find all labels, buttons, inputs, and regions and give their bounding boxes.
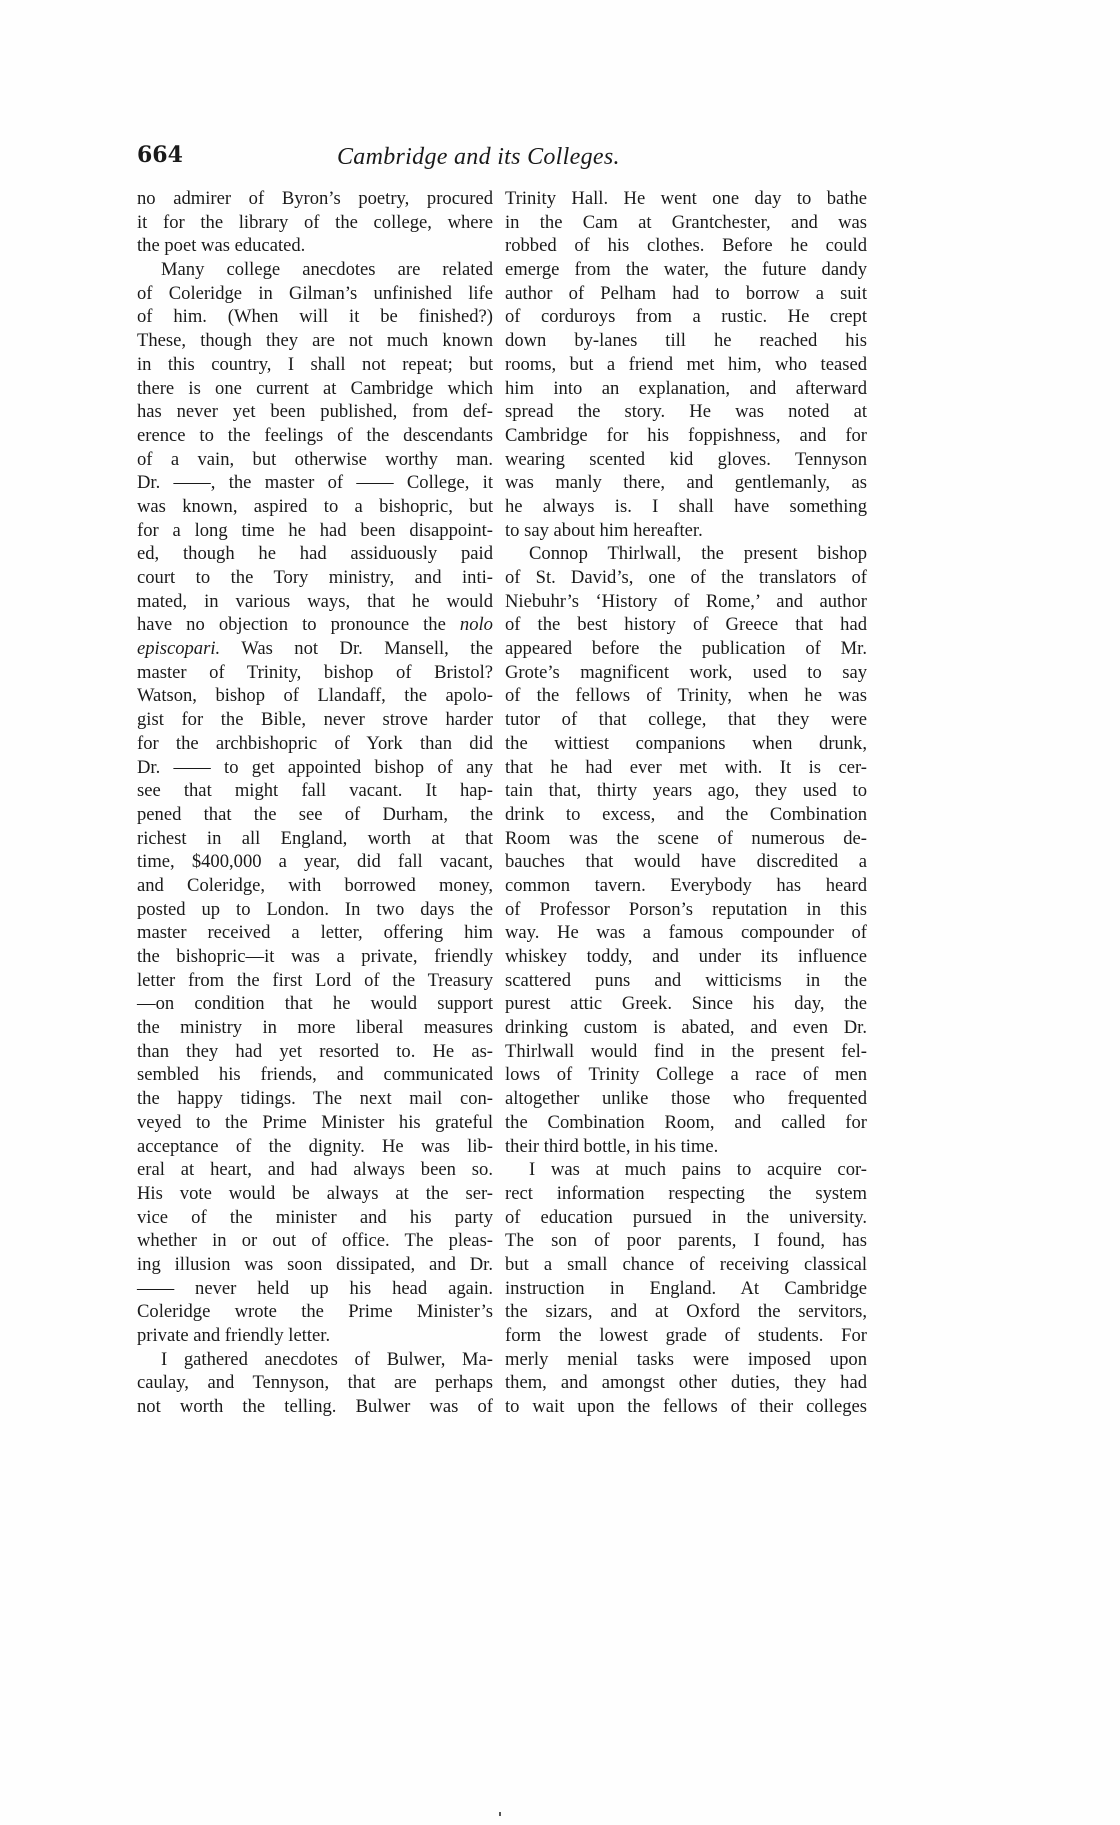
text-line: of education pursued in the university.	[505, 1206, 867, 1230]
text-line: ing illusion was soon dissipated, and Dr…	[137, 1253, 493, 1277]
line-text: than they had yet resorted to. He as-	[137, 1041, 493, 1062]
text-line: rooms, but a friend met him, who teased	[505, 353, 867, 377]
line-text: no admirer of Byron’s poetry, procured	[137, 188, 493, 209]
line-text: was known, aspired to a bishopric, but	[137, 496, 493, 517]
text-line: the Combination Room, and called for	[505, 1111, 867, 1135]
text-line: of him. (When will it be finished?)	[137, 305, 493, 329]
text-line: episcopari. Was not Dr. Mansell, the	[137, 637, 493, 661]
line-text: for the archbishopric of York than did	[137, 733, 493, 754]
line-text: the sizars, and at Oxford the servitors,	[505, 1301, 867, 1322]
text-line: him into an explanation, and afterward	[505, 377, 867, 401]
text-line: master received a letter, offering him	[137, 921, 493, 945]
italic-text: episcopari.	[137, 638, 220, 659]
line-text: the bishopric—it was a private, friendly	[137, 946, 493, 967]
line-text: private and friendly letter.	[137, 1325, 330, 1346]
scan-speck	[499, 1812, 501, 1816]
line-text: lows of Trinity College a race of men	[505, 1064, 867, 1085]
line-text: altogether unlike those who frequented	[505, 1088, 867, 1109]
text-line: was manly there, and gentlemanly, as	[505, 471, 867, 495]
text-line: purest attic Greek. Since his day, the	[505, 992, 867, 1016]
line-text: richest in all England, worth at that	[137, 828, 493, 849]
left-column: no admirer of Byron’s poetry, procuredit…	[137, 187, 493, 1419]
line-text: Niebuhr’s ‘History of Rome,’ and author	[505, 591, 867, 612]
line-text: way. He was a famous compounder of	[505, 922, 867, 943]
text-line: of Coleridge in Gilman’s unfinished life	[137, 282, 493, 306]
running-title: Cambridge and its Colleges.	[337, 144, 620, 171]
line-text: of a vain, but otherwise worthy man.	[137, 449, 493, 470]
text-line: to wait upon the fellows of their colleg…	[505, 1395, 867, 1419]
line-text: His vote would be always at the ser-	[137, 1183, 493, 1204]
text-line: master of Trinity, bishop of Bristol?	[137, 661, 493, 685]
line-text: master received a letter, offering him	[137, 922, 493, 943]
text-line: I gathered anecdotes of Bulwer, Ma-	[137, 1348, 493, 1372]
text-line: Dr. ——, the master of —— College, it	[137, 471, 493, 495]
text-line: lows of Trinity College a race of men	[505, 1063, 867, 1087]
line-text: purest attic Greek. Since his day, the	[505, 993, 867, 1014]
text-line: for the archbishopric of York than did	[137, 732, 493, 756]
text-line: the ministry in more liberal measures	[137, 1016, 493, 1040]
text-line: instruction in England. At Cambridge	[505, 1277, 867, 1301]
text-line: has never yet been published, from def-	[137, 400, 493, 424]
line-text: pened that the see of Durham, the	[137, 804, 493, 825]
line-text: These, though they are not much known	[137, 330, 493, 351]
text-line: time, $400,000 a year, did fall vacant,	[137, 850, 493, 874]
line-text: Grote’s magnificent work, used to say	[505, 662, 867, 683]
text-line: robbed of his clothes. Before he could	[505, 234, 867, 258]
line-text: him into an explanation, and afterward	[505, 378, 867, 399]
line-text: Was not Dr. Mansell, the	[220, 638, 493, 659]
line-text: of the best history of Greece that had	[505, 614, 867, 635]
line-text: wearing scented kid gloves. Tennyson	[505, 449, 867, 470]
text-line: caulay, and Tennyson, that are perhaps	[137, 1371, 493, 1395]
line-text: whiskey toddy, and under its influence	[505, 946, 867, 967]
line-text: rect information respecting the system	[505, 1183, 867, 1204]
text-line: —on condition that he would support	[137, 992, 493, 1016]
text-line: the poet was educated.	[137, 234, 493, 258]
text-line: gist for the Bible, never strove harder	[137, 708, 493, 732]
line-text: I gathered anecdotes of Bulwer, Ma-	[161, 1349, 493, 1370]
text-line: richest in all England, worth at that	[137, 827, 493, 851]
line-text: I was at much pains to acquire cor-	[529, 1159, 867, 1180]
text-line: His vote would be always at the ser-	[137, 1182, 493, 1206]
text-line: was known, aspired to a bishopric, but	[137, 495, 493, 519]
text-line: Thirlwall would find in the present fel-	[505, 1040, 867, 1064]
text-line: the happy tidings. The next mail con-	[137, 1087, 493, 1111]
text-line: I was at much pains to acquire cor-	[505, 1158, 867, 1182]
text-line: have no objection to pronounce the nolo	[137, 613, 493, 637]
text-line: posted up to London. In two days the	[137, 898, 493, 922]
line-text: ed, though he had assiduously paid	[137, 543, 493, 564]
text-line: of the best history of Greece that had	[505, 613, 867, 637]
line-text: of the fellows of Trinity, when he was	[505, 685, 867, 706]
running-head: 664 Cambridge and its Colleges.	[137, 142, 867, 176]
text-line: veyed to the Prime Minister his grateful	[137, 1111, 493, 1135]
line-text: rooms, but a friend met him, who teased	[505, 354, 867, 375]
line-text: of him. (When will it be finished?)	[137, 306, 493, 327]
line-text: in this country, I shall not repeat; but	[137, 354, 493, 375]
text-line: Connop Thirlwall, the present bishop	[505, 542, 867, 566]
line-text: scattered puns and witticisms in the	[505, 970, 867, 991]
text-line: rect information respecting the system	[505, 1182, 867, 1206]
text-line: of the fellows of Trinity, when he was	[505, 684, 867, 708]
line-text: posted up to London. In two days the	[137, 899, 493, 920]
line-text: the wittiest companions when drunk,	[505, 733, 867, 754]
text-line: whether in or out of office. The pleas-	[137, 1229, 493, 1253]
line-text: Thirlwall would find in the present fel-	[505, 1041, 867, 1062]
line-text: down by-lanes till he reached his	[505, 330, 867, 351]
text-line: eral at heart, and had always been so.	[137, 1158, 493, 1182]
text-line: than they had yet resorted to. He as-	[137, 1040, 493, 1064]
text-line: their third bottle, in his time.	[505, 1135, 867, 1159]
text-line: for a long time he had been disappoint-	[137, 519, 493, 543]
text-line: pened that the see of Durham, the	[137, 803, 493, 827]
line-text: —— never held up his head again.	[137, 1278, 493, 1299]
text-line: of a vain, but otherwise worthy man.	[137, 448, 493, 472]
page-number: 664	[137, 142, 183, 168]
line-text: gist for the Bible, never strove harder	[137, 709, 493, 730]
line-text: eral at heart, and had always been so.	[137, 1159, 493, 1180]
line-text: Room was the scene of numerous de-	[505, 828, 867, 849]
text-line: tutor of that college, that they were	[505, 708, 867, 732]
line-text: has never yet been published, from def-	[137, 401, 493, 422]
line-text: court to the Tory ministry, and inti-	[137, 567, 493, 588]
line-text: was manly there, and gentlemanly, as	[505, 472, 867, 493]
text-line: erence to the feelings of the descendant…	[137, 424, 493, 448]
line-text: it for the library of the college, where	[137, 212, 493, 233]
line-text: of Coleridge in Gilman’s unfinished life	[137, 283, 493, 304]
text-line: Room was the scene of numerous de-	[505, 827, 867, 851]
line-text: merly menial tasks were imposed upon	[505, 1349, 867, 1370]
line-text: caulay, and Tennyson, that are perhaps	[137, 1372, 493, 1393]
line-text: erence to the feelings of the descendant…	[137, 425, 493, 446]
text-line: private and friendly letter.	[137, 1324, 493, 1348]
text-line: and Coleridge, with borrowed money,	[137, 874, 493, 898]
text-line: way. He was a famous compounder of	[505, 921, 867, 945]
line-text: the happy tidings. The next mail con-	[137, 1088, 493, 1109]
line-text: see that might fall vacant. It hap-	[137, 780, 493, 801]
text-line: appeared before the publication of Mr.	[505, 637, 867, 661]
text-line: Many college anecdotes are related	[137, 258, 493, 282]
line-text: have no objection to pronounce the	[137, 614, 446, 635]
text-line: of St. David’s, one of the translators o…	[505, 566, 867, 590]
line-text: spread the story. He was noted at	[505, 401, 867, 422]
text-line: of Professor Porson’s reputation in this	[505, 898, 867, 922]
line-text: mated, in various ways, that he would	[137, 591, 493, 612]
line-text: for a long time he had been disappoint-	[137, 520, 493, 541]
line-text: he always is. I shall have something	[505, 496, 867, 517]
line-text: tain that, thirty years ago, they used t…	[505, 780, 867, 801]
line-text: acceptance of the dignity. He was lib-	[137, 1136, 493, 1157]
text-line: —— never held up his head again.	[137, 1277, 493, 1301]
line-text: the ministry in more liberal measures	[137, 1017, 493, 1038]
text-line: but a small chance of receiving classica…	[505, 1253, 867, 1277]
line-text: instruction in England. At Cambridge	[505, 1278, 867, 1299]
text-line: to say about him hereafter.	[505, 519, 867, 543]
text-line: scattered puns and witticisms in the	[505, 969, 867, 993]
line-text: author of Pelham had to borrow a suit	[505, 283, 867, 304]
text-line: the sizars, and at Oxford the servitors,	[505, 1300, 867, 1324]
line-text: of corduroys from a rustic. He crept	[505, 306, 867, 327]
line-text: common tavern. Everybody has heard	[505, 875, 867, 896]
line-text: of St. David’s, one of the translators o…	[505, 567, 867, 588]
line-text: ing illusion was soon dissipated, and Dr…	[137, 1254, 493, 1275]
text-line: mated, in various ways, that he would	[137, 590, 493, 614]
text-line: drinking custom is abated, and even Dr.	[505, 1016, 867, 1040]
text-line: drink to excess, and the Combination	[505, 803, 867, 827]
text-line: Trinity Hall. He went one day to bathe	[505, 187, 867, 211]
text-line: bauches that would have discredited a	[505, 850, 867, 874]
text-line: acceptance of the dignity. He was lib-	[137, 1135, 493, 1159]
line-text: the poet was educated.	[137, 235, 305, 256]
text-line: he always is. I shall have something	[505, 495, 867, 519]
line-text: drinking custom is abated, and even Dr.	[505, 1017, 867, 1038]
text-line: emerge from the water, the future dandy	[505, 258, 867, 282]
text-line: not worth the telling. Bulwer was of	[137, 1395, 493, 1419]
book-page: 664 Cambridge and its Colleges. no admir…	[0, 0, 1120, 1825]
line-text: Many college anecdotes are related	[161, 259, 493, 280]
line-text: to wait upon the fellows of their colleg…	[505, 1396, 867, 1417]
text-line: letter from the first Lord of the Treasu…	[137, 969, 493, 993]
text-line: the wittiest companions when drunk,	[505, 732, 867, 756]
text-line: that he had ever met with. It is cer-	[505, 756, 867, 780]
line-text: Trinity Hall. He went one day to bathe	[505, 188, 867, 209]
text-line: The son of poor parents, I found, has	[505, 1229, 867, 1253]
text-line: Niebuhr’s ‘History of Rome,’ and author	[505, 590, 867, 614]
text-line: down by-lanes till he reached his	[505, 329, 867, 353]
text-line: wearing scented kid gloves. Tennyson	[505, 448, 867, 472]
text-line: whiskey toddy, and under its influence	[505, 945, 867, 969]
text-line: ed, though he had assiduously paid	[137, 542, 493, 566]
text-line: see that might fall vacant. It hap-	[137, 779, 493, 803]
line-text: tutor of that college, that they were	[505, 709, 867, 730]
text-line: no admirer of Byron’s poetry, procured	[137, 187, 493, 211]
line-text: them, and amongst other duties, they had	[505, 1372, 867, 1393]
line-text: Watson, bishop of Llandaff, the apolo-	[137, 685, 493, 706]
line-text: to say about him hereafter.	[505, 520, 703, 541]
line-text: drink to excess, and the Combination	[505, 804, 867, 825]
line-text: veyed to the Prime Minister his grateful	[137, 1112, 493, 1133]
text-line: Coleridge wrote the Prime Minister’s	[137, 1300, 493, 1324]
line-text: appeared before the publication of Mr.	[505, 638, 867, 659]
text-line: there is one current at Cambridge which	[137, 377, 493, 401]
text-line: Dr. —— to get appointed bishop of any	[137, 756, 493, 780]
text-line: it for the library of the college, where	[137, 211, 493, 235]
text-line: in this country, I shall not repeat; but	[137, 353, 493, 377]
line-text: Coleridge wrote the Prime Minister’s	[137, 1301, 493, 1322]
line-text: and Coleridge, with borrowed money,	[137, 875, 493, 896]
line-text: of Professor Porson’s reputation in this	[505, 899, 867, 920]
line-text: sembled his friends, and communicated	[137, 1064, 493, 1085]
line-text: their third bottle, in his time.	[505, 1136, 718, 1157]
line-text: the Combination Room, and called for	[505, 1112, 867, 1133]
line-text: there is one current at Cambridge which	[137, 378, 493, 399]
line-text: Dr. —— to get appointed bishop of any	[137, 757, 493, 778]
text-line: spread the story. He was noted at	[505, 400, 867, 424]
line-text: not worth the telling. Bulwer was of	[137, 1396, 493, 1417]
line-text: in the Cam at Grantchester, and was	[505, 212, 867, 233]
line-text: Connop Thirlwall, the present bishop	[529, 543, 867, 564]
text-line: These, though they are not much known	[137, 329, 493, 353]
line-text: time, $400,000 a year, did fall vacant,	[137, 851, 493, 872]
line-text: that he had ever met with. It is cer-	[505, 757, 867, 778]
text-line: sembled his friends, and communicated	[137, 1063, 493, 1087]
text-line: Grote’s magnificent work, used to say	[505, 661, 867, 685]
line-text: whether in or out of office. The pleas-	[137, 1230, 493, 1251]
italic-text: nolo	[460, 614, 493, 635]
text-line: author of Pelham had to borrow a suit	[505, 282, 867, 306]
text-line: Cambridge for his foppishness, and for	[505, 424, 867, 448]
text-line: the bishopric—it was a private, friendly	[137, 945, 493, 969]
line-text: —on condition that he would support	[137, 993, 493, 1014]
line-text: but a small chance of receiving classica…	[505, 1254, 867, 1275]
line-text: Cambridge for his foppishness, and for	[505, 425, 867, 446]
line-text: form the lowest grade of students. For	[505, 1325, 867, 1346]
line-text: Dr. ——, the master of —— College, it	[137, 472, 493, 493]
text-line: of corduroys from a rustic. He crept	[505, 305, 867, 329]
text-line: them, and amongst other duties, they had	[505, 1371, 867, 1395]
text-line: Watson, bishop of Llandaff, the apolo-	[137, 684, 493, 708]
line-text: letter from the first Lord of the Treasu…	[137, 970, 493, 991]
right-column: Trinity Hall. He went one day to bathein…	[505, 187, 867, 1419]
line-text: emerge from the water, the future dandy	[505, 259, 867, 280]
line-text: bauches that would have discredited a	[505, 851, 867, 872]
text-line: vice of the minister and his party	[137, 1206, 493, 1230]
line-text: master of Trinity, bishop of Bristol?	[137, 662, 493, 683]
text-line: common tavern. Everybody has heard	[505, 874, 867, 898]
line-text: robbed of his clothes. Before he could	[505, 235, 867, 256]
line-text: of education pursued in the university.	[505, 1207, 867, 1228]
text-line: court to the Tory ministry, and inti-	[137, 566, 493, 590]
line-text: vice of the minister and his party	[137, 1207, 493, 1228]
text-line: form the lowest grade of students. For	[505, 1324, 867, 1348]
text-line: altogether unlike those who frequented	[505, 1087, 867, 1111]
text-line: tain that, thirty years ago, they used t…	[505, 779, 867, 803]
line-text: The son of poor parents, I found, has	[505, 1230, 867, 1251]
text-line: in the Cam at Grantchester, and was	[505, 211, 867, 235]
text-line: merly menial tasks were imposed upon	[505, 1348, 867, 1372]
